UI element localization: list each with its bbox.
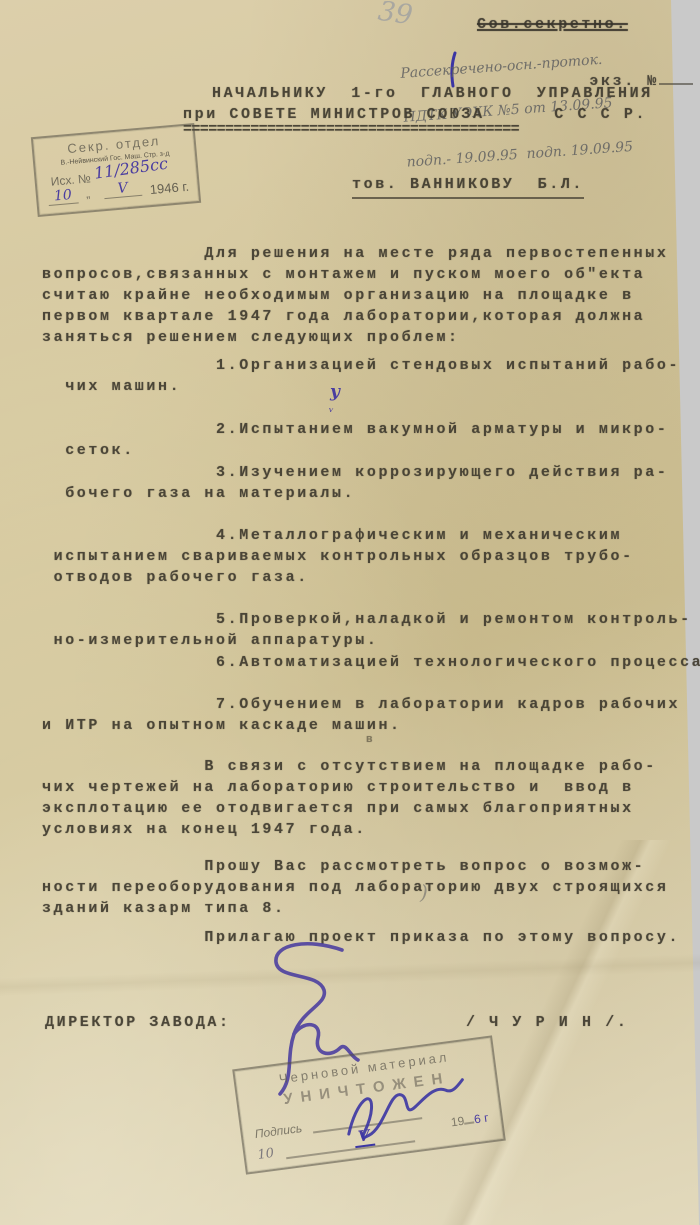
list-item: 7.Обучением в лаборатории кадров рабочих… [42, 694, 680, 736]
stamp-date-quote: „ [85, 186, 90, 200]
paragraph-request: Прошу Вас рассмотреть вопрос о возмож- н… [42, 856, 668, 919]
list-item: 3.Изучением коррозирующего действия ра- … [42, 462, 668, 504]
stray-mark: в [366, 730, 375, 751]
director-title: ДИРЕКТОР ЗАВОДА: [45, 1012, 231, 1033]
list-item: 6.Автоматизацией технологического процес… [42, 652, 700, 673]
header-line1: НАЧАЛЬНИКУ 1-го ГЛАВНОГО УПРАВЛЕНИЯ [212, 83, 653, 104]
stamp-date-year: 1946 г. [149, 179, 189, 197]
clerk-signature [340, 1078, 470, 1142]
director-name: / Ч У Р И Н /. [466, 1012, 628, 1033]
declassification-line: Рассекречено-осн.-проток. [400, 51, 627, 81]
stamp-date-day: 10 [47, 187, 78, 205]
page-number-pencil: 39 [376, 0, 414, 31]
paren-mark: ) [420, 882, 428, 903]
paragraph-delay: В связи с отсутствием на площадке рабо- … [42, 756, 657, 840]
list-item: 1.Организацией стендовых испытаний рабо-… [42, 355, 680, 397]
list-item: 5.Проверкой,наладкой и ремонтом контроль… [42, 609, 692, 651]
list-item: 4.Металлографическим и механическим испы… [42, 525, 634, 588]
addressee-line: тов. ВАННИКОВУ Б.Л. [352, 174, 584, 199]
destroy-stamp-day: 10 [257, 1147, 275, 1163]
paragraph-intro: Для решения на месте ряда первостепенных… [42, 243, 668, 348]
stamp-date-month: V [103, 180, 142, 199]
list-item: 2.Испытанием вакумной арматуры и микро- … [42, 419, 668, 461]
header-separator: ======================================== [183, 119, 519, 140]
secret-dept-stamp: Секр. отдел В.-Нейвинский Гос. Маш. Стр.… [31, 123, 201, 217]
declassification-line: подп.- 19.09.95 подп. 19.09.95 [406, 139, 633, 169]
destroy-stamp-sign-label: Подпись [254, 1121, 303, 1141]
insertion-caret-mark: ᵥ [329, 402, 334, 416]
handwritten-correction-letter: у [330, 384, 340, 402]
